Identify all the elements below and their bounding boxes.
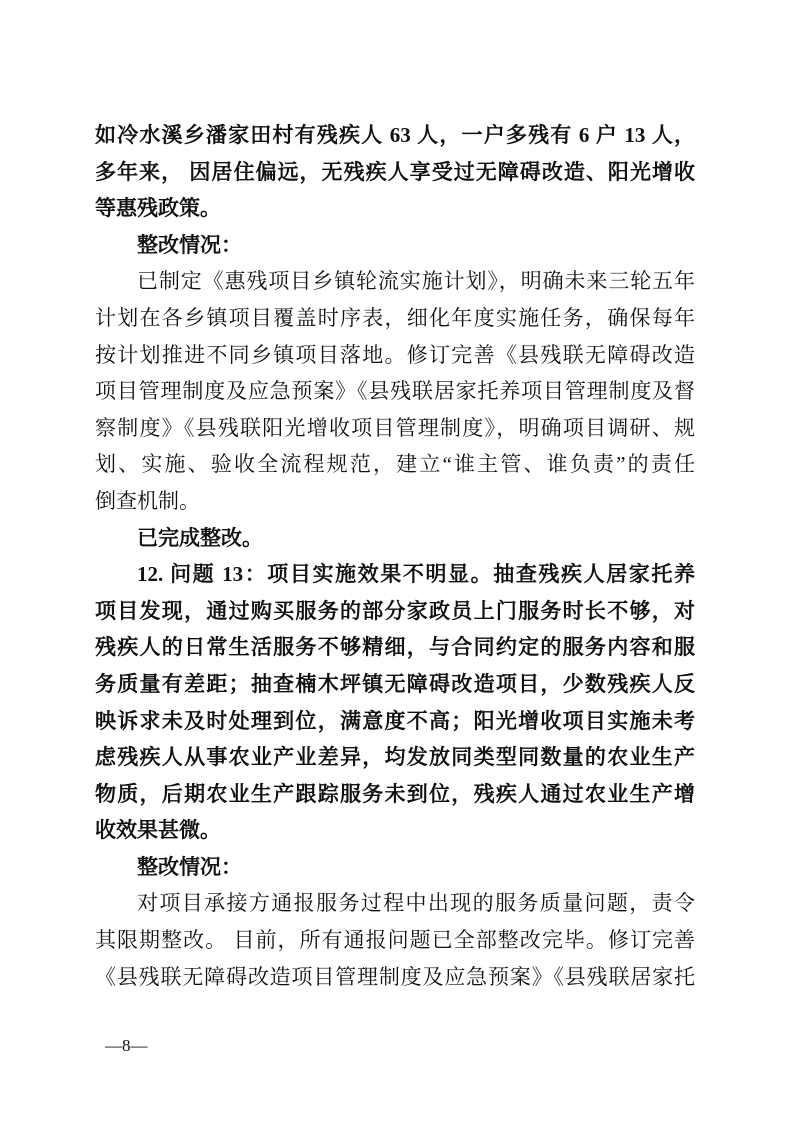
- paragraph-rectification: 对项目承接方通报服务过程中出现的服务质量问题，责令 其限期整改。 目前，所有通报…: [95, 885, 695, 995]
- paragraph-rectification: 已制定《惠残项目乡镇轮流实施计划》，明确未来三轮五年 计划在各乡镇项目覆盖时序表…: [95, 263, 695, 519]
- text-line: 残疾人的日常生活服务不够精细，与合同约定的服务内容和服: [95, 629, 695, 666]
- text-line: 其限期整改。 目前，所有通报问题已全部整改完毕。修订完善: [95, 922, 695, 959]
- text-line: 对项目承接方通报服务过程中出现的服务质量问题，责令: [95, 885, 695, 922]
- text-line: 《县残联无障碍改造项目管理制度及应急预案》《县残联居家托: [95, 959, 695, 996]
- document-body: 如冷水溪乡潘家田村有残疾人 63 人，一户多残有 6 户 13 人， 多年来， …: [95, 117, 695, 995]
- heading-rectification-status: 整改情况：: [95, 849, 695, 886]
- text-line: 如冷水溪乡潘家田村有残疾人 63 人，一户多残有 6 户 13 人，: [95, 117, 695, 154]
- text-line: 项目发现，通过购买服务的部分家政员上门服务时长不够，对: [95, 593, 695, 630]
- heading-rectification-status: 整改情况：: [95, 227, 695, 264]
- text-line: 收效果甚微。: [95, 812, 695, 849]
- text-line: 映诉求未及时处理到位，满意度不高；阳光增收项目实施未考: [95, 703, 695, 740]
- document-page: 如冷水溪乡潘家田村有残疾人 63 人，一户多残有 6 户 13 人， 多年来， …: [0, 0, 793, 1122]
- text-line: 虑残疾人从事农业产业差异，均发放同类型同数量的农业生产: [95, 739, 695, 776]
- text-line: 等惠残政策。: [95, 190, 695, 227]
- text-line: 物质，后期农业生产跟踪服务未到位，残疾人通过农业生产增: [95, 776, 695, 813]
- paragraph-problem-13: 12. 问题 13：项目实施效果不明显。抽查残疾人居家托养 项目发现，通过购买服…: [95, 556, 695, 849]
- paragraph-problem-continuation: 如冷水溪乡潘家田村有残疾人 63 人，一户多残有 6 户 13 人， 多年来， …: [95, 117, 695, 227]
- text-line: 项目管理制度及应急预案》《县残联居家托养项目管理制度及督: [95, 373, 695, 410]
- text-line: 划、实施、验收全流程规范，建立“谁主管、谁负责”的责任: [95, 446, 695, 483]
- heading-rectification-complete: 已完成整改。: [95, 520, 695, 557]
- text-line: 察制度》《县残联阳光增收项目管理制度》，明确项目调研、规: [95, 410, 695, 447]
- text-line: 已制定《惠残项目乡镇轮流实施计划》，明确未来三轮五年: [95, 263, 695, 300]
- text-line: 12. 问题 13：项目实施效果不明显。抽查残疾人居家托养: [95, 556, 695, 593]
- text-line: 多年来， 因居住偏远，无残疾人享受过无障碍改造、阳光增收: [95, 154, 695, 191]
- text-line: 计划在各乡镇项目覆盖时序表，细化年度实施任务，确保每年: [95, 300, 695, 337]
- text-line: 倒查机制。: [95, 483, 695, 520]
- text-line: 按计划推进不同乡镇项目落地。修订完善《县残联无障碍改造: [95, 337, 695, 374]
- text-line: 务质量有差距；抽查楠木坪镇无障碍改造项目，少数残疾人反: [95, 666, 695, 703]
- page-number: —8—: [105, 1036, 148, 1056]
